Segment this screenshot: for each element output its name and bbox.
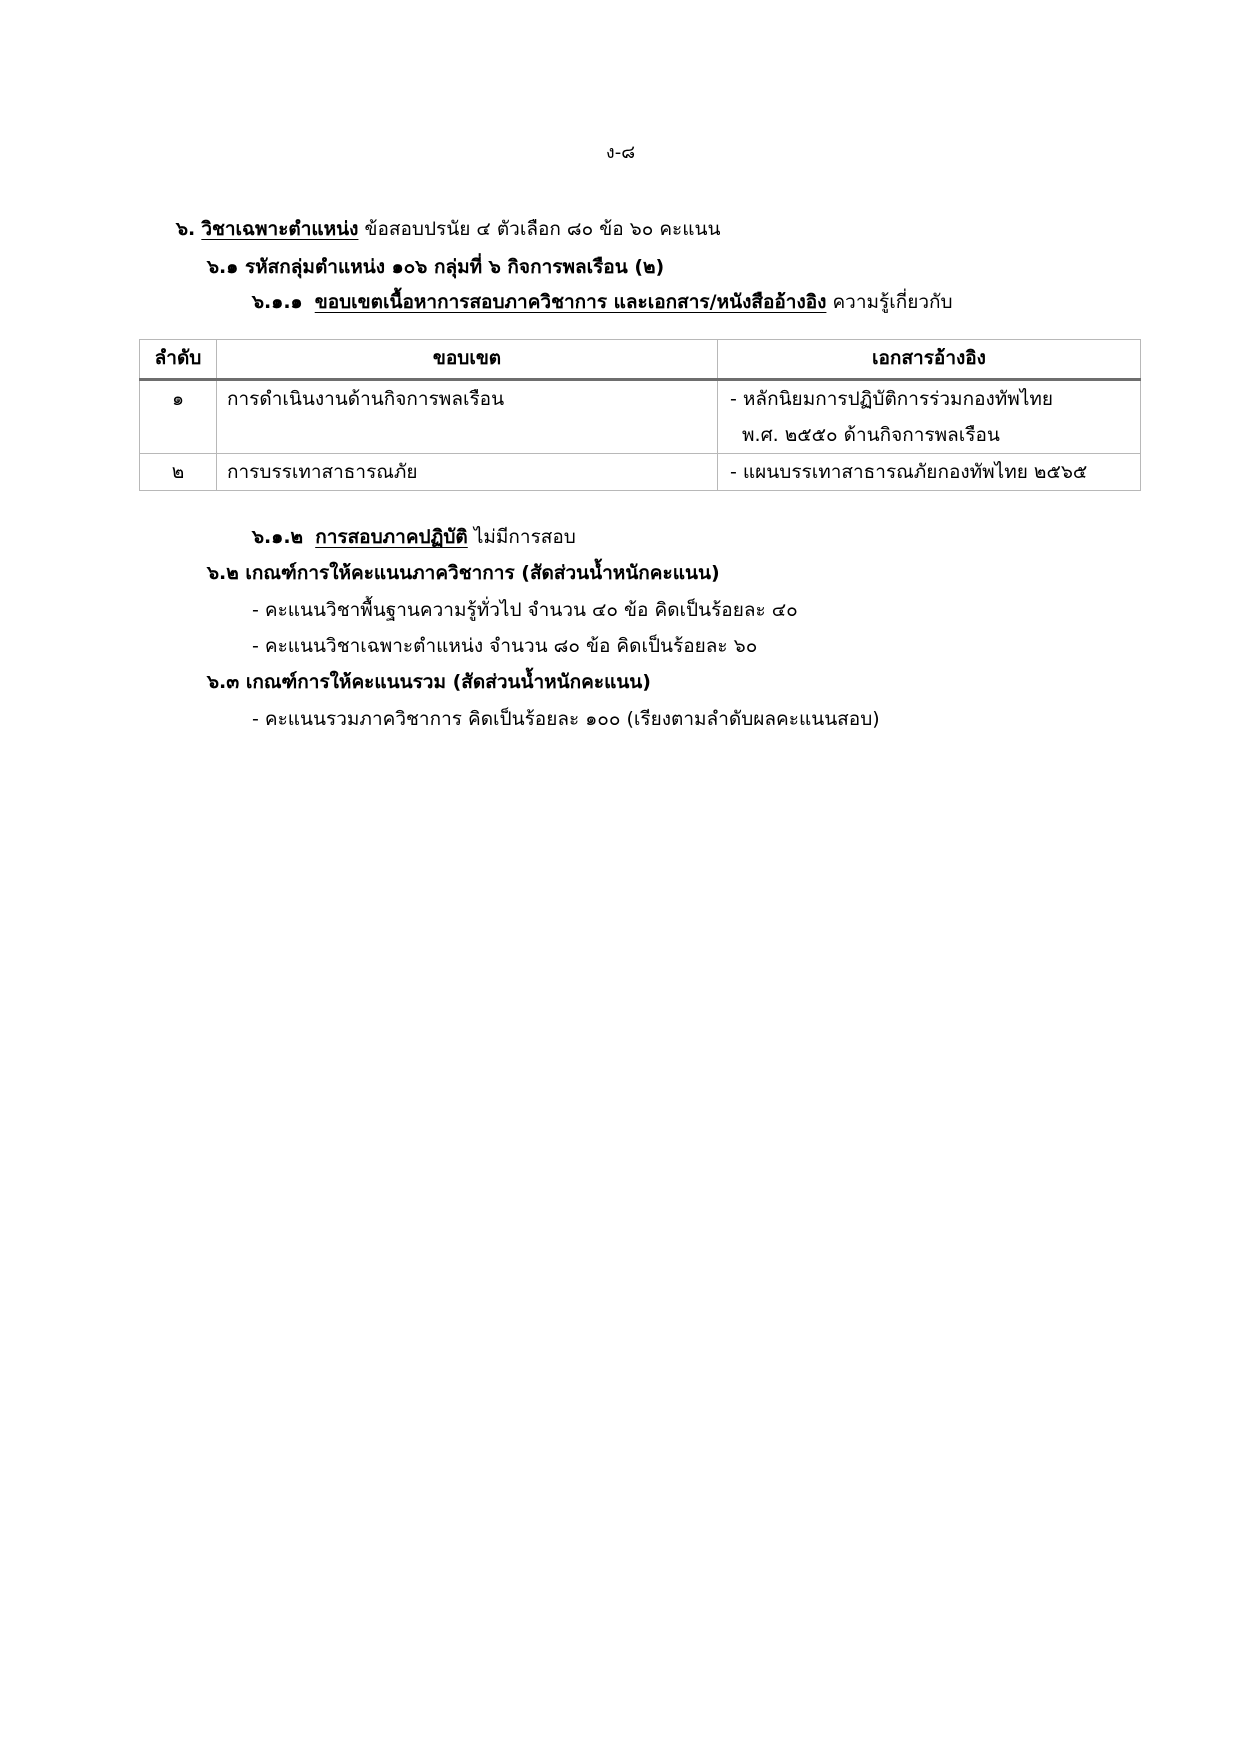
section-number: ๖.๑.๒: [252, 526, 303, 548]
table-row: ๑ การดำเนินงานด้านกิจการพลเรือน - หลักนิ…: [140, 380, 1141, 454]
reference-line: พ.ศ. ๒๕๕๐ ด้านกิจการพลเรือน: [730, 417, 1130, 453]
row-number: ๒: [140, 454, 217, 491]
list-item: - คะแนนวิชาพื้นฐานความรู้ทั่วไป จำนวน ๔๐…: [252, 601, 798, 620]
section-description: ข้อสอบปรนัย ๔ ตัวเลือก ๘๐ ข้อ ๖๐ คะแนน: [365, 218, 721, 240]
section-6-3-heading: ๖.๓ เกณฑ์การให้คะแนนรวม (สัดส่วนน้ำหนักค…: [207, 673, 651, 692]
section-number: ๖.: [176, 218, 195, 240]
scope-reference-table: ลำดับ ขอบเขต เอกสารอ้างอิง ๑ การดำเนินงา…: [139, 339, 1141, 491]
reference-line: - หลักนิยมการปฏิบัติการร่วมกองทัพไทย: [730, 381, 1130, 417]
column-header-order: ลำดับ: [140, 340, 217, 380]
page-number: ง-๘: [0, 144, 1241, 162]
row-reference: - แผนบรรเทาสาธารณภัยกองทัพไทย ๒๕๖๕: [718, 454, 1141, 491]
section-6-1-2-heading: ๖.๑.๒ การสอบภาคปฏิบัติ ไม่มีการสอบ: [252, 528, 576, 547]
section-title: ขอบเขตเนื้อหาการสอบภาควิชาการ และเอกสาร/…: [315, 291, 827, 313]
section-description: ความรู้เกี่ยวกับ: [832, 291, 952, 313]
section-6-2-heading: ๖.๒ เกณฑ์การให้คะแนนภาควิชาการ (สัดส่วนน…: [207, 564, 720, 583]
row-number: ๑: [140, 380, 217, 454]
column-header-reference: เอกสารอ้างอิง: [718, 340, 1141, 380]
reference-line: - แผนบรรเทาสาธารณภัยกองทัพไทย ๒๕๖๕: [730, 454, 1130, 490]
row-scope: การดำเนินงานด้านกิจการพลเรือน: [217, 380, 718, 454]
section-title: การสอบภาคปฏิบัติ: [315, 526, 468, 548]
section-6-heading: ๖. วิชาเฉพาะตำแหน่ง ข้อสอบปรนัย ๔ ตัวเลื…: [176, 220, 720, 239]
row-scope: การบรรเทาสาธารณภัย: [217, 454, 718, 491]
column-header-scope: ขอบเขต: [217, 340, 718, 380]
section-6-1-1-heading: ๖.๑.๑ ขอบเขตเนื้อหาการสอบภาควิชาการ และเ…: [252, 293, 953, 312]
section-description: ไม่มีการสอบ: [474, 526, 576, 548]
table-header-row: ลำดับ ขอบเขต เอกสารอ้างอิง: [140, 340, 1141, 380]
row-reference: - หลักนิยมการปฏิบัติการร่วมกองทัพไทย พ.ศ…: [718, 380, 1141, 454]
section-number: ๖.๑.๑: [252, 291, 303, 313]
list-item: - คะแนนวิชาเฉพาะตำแหน่ง จำนวน ๘๐ ข้อ คิด…: [252, 637, 757, 656]
section-title: วิชาเฉพาะตำแหน่ง: [201, 218, 358, 240]
section-6-1-heading: ๖.๑ รหัสกลุ่มตำแหน่ง ๑๐๖ กลุ่มที่ ๖ กิจก…: [207, 258, 664, 277]
list-item: - คะแนนรวมภาควิชาการ คิดเป็นร้อยละ ๑๐๐ (…: [252, 710, 880, 729]
table-row: ๒ การบรรเทาสาธารณภัย - แผนบรรเทาสาธารณภั…: [140, 454, 1141, 491]
